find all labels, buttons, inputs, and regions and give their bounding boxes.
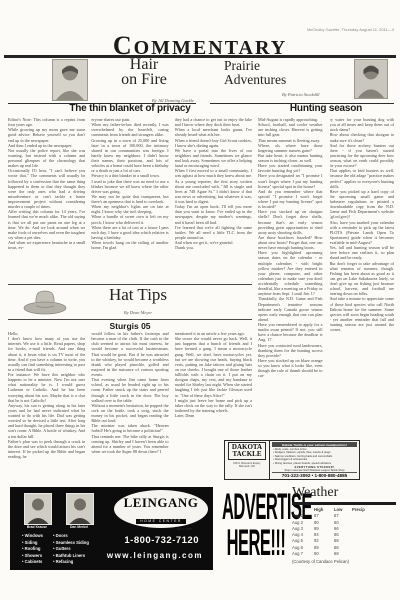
leingang-portrait-name: Brad Krause bbox=[19, 525, 55, 529]
address-line: Bismarck, ND bbox=[233, 465, 261, 468]
leingang-services: Windows Siding Roofing Showers Cabinets … bbox=[22, 533, 89, 566]
headline-hunting-season: Hunting season bbox=[258, 103, 394, 114]
weather-title: Weather bbox=[292, 486, 396, 500]
advertise-line: ADVERTISE bbox=[222, 489, 290, 525]
author-photo-jill bbox=[52, 59, 88, 101]
dakota-tackle-logo: DAKOTA TACKLE bbox=[228, 442, 266, 460]
masthead-rule bbox=[4, 55, 396, 58]
headline-sturgis-05: Sturgis 05 bbox=[8, 321, 252, 331]
dakota-tackle-copy: Dakota Tackle is your salmon headquarter… bbox=[270, 441, 359, 479]
article-privacy-col3: they had a chance to get out to enjoy th… bbox=[175, 117, 252, 283]
weather-high: 90 bbox=[314, 551, 334, 557]
weather-day: Aug 7 bbox=[292, 551, 314, 557]
portrait-icon bbox=[67, 494, 93, 524]
dakota-tackle-headline: Dakota Tackle is your salmon headquarter… bbox=[272, 442, 357, 447]
leingang-brand-sub: HOME CENTER bbox=[136, 519, 186, 524]
ad-advertise-here: ADVERTISE HERE!!! bbox=[222, 489, 290, 575]
article-sturgis-body: Hello, I don't know how many of you use … bbox=[8, 331, 252, 483]
column-title-hair-on-fire: Hair on Fire bbox=[92, 57, 196, 87]
title-line: Adventures bbox=[224, 73, 344, 87]
weather-table: High Low Precip Aug 1 87 67 Aug 2 90 60 … bbox=[292, 507, 396, 557]
leingang-brand: LEINGANG bbox=[114, 496, 208, 509]
dakota-tackle-address: 318 S. Bismarck Expwy. Bismarck, ND bbox=[233, 462, 261, 469]
advertise-here-text: ADVERTISE HERE!!! bbox=[222, 489, 290, 561]
service-item: Refacing bbox=[53, 559, 89, 566]
weather-precip bbox=[352, 551, 396, 557]
bullet-item: Diving devices, planer boards, speed ind… bbox=[273, 462, 357, 465]
leingang-portrait-1 bbox=[24, 493, 52, 525]
article-privacy-col2: eryone shares our pain. When my father-i… bbox=[91, 117, 168, 283]
leingang-website: www.leingang.com bbox=[107, 551, 203, 560]
weather-low: 68 bbox=[334, 551, 352, 557]
column-title-prairie-adventures: Prairie Adventures bbox=[224, 59, 344, 86]
dakota-tackle-phone: 701-222-3092 • 1-800-880-4885 bbox=[272, 472, 357, 478]
portrait-icon bbox=[355, 60, 387, 98]
byline-dean-meyer: By Dean Meyer bbox=[68, 310, 208, 315]
leingang-services-col1: Windows Siding Roofing Showers Cabinets bbox=[22, 533, 43, 566]
article-sturgis-col2: would follow in his father's footsteps a… bbox=[91, 331, 168, 483]
headline-thin-blanket-of-privacy: The thin blanket of privacy bbox=[8, 103, 252, 114]
portrait-icon bbox=[53, 60, 87, 100]
column-head-hat-tips: Hat Tips By Dean Meyer Sturgis 05 bbox=[8, 286, 252, 331]
brand-line: TACKLE bbox=[229, 451, 265, 458]
title-line: on Fire bbox=[92, 72, 196, 87]
column-head-prairie-adventures: Prairie Adventures By Patricia Stockdill bbox=[210, 59, 394, 102]
title-line: Hair bbox=[92, 57, 196, 72]
hat-tips-rule bbox=[8, 319, 252, 320]
ad-dakota-tackle: DAKOTA TACKLE 318 S. Bismarck Expwy. Bis… bbox=[224, 440, 360, 480]
article-hunting-col1: Mid-August is rapidly approaching. Schoo… bbox=[258, 117, 323, 438]
article-hunting-body: Mid-August is rapidly approaching. Schoo… bbox=[258, 117, 394, 438]
dakota-tackle-bullets: Rods, reels, combos & line Dodgers, flas… bbox=[273, 448, 357, 465]
weather-courtesy: (Courtesy of Candace Pelican) bbox=[292, 559, 372, 564]
article-privacy-col1: Editor's Note: This column is a reprint … bbox=[8, 117, 85, 283]
leingang-portrait-name: Dan Merkel bbox=[61, 525, 97, 529]
column-head-hair-on-fire: Hair on Fire By Jill Denning Gackle bbox=[8, 59, 196, 102]
portrait-icon bbox=[25, 494, 51, 524]
leingang-services-col2: Doors Seamless Siding Gutters Bathtub Li… bbox=[53, 533, 89, 566]
newspaper-page: { "page": { "dateline": "McClusky Gazett… bbox=[0, 0, 400, 600]
weather-rule bbox=[292, 502, 396, 506]
leingang-portrait-2 bbox=[66, 493, 94, 525]
column-title-hat-tips: Hat Tips bbox=[68, 285, 208, 305]
byline-patricia-stockdill: By Patricia Stockdill bbox=[282, 92, 320, 97]
dakota-tackle-logo-block: DAKOTA TACKLE 318 S. Bismarck Expwy. Bis… bbox=[225, 441, 270, 479]
cowboy-hat-icon bbox=[22, 289, 68, 317]
weather-box: Weather High Low Precip Aug 1 87 67 Aug … bbox=[292, 486, 396, 564]
article-privacy-body: Editor's Note: This column is a reprint … bbox=[8, 117, 252, 283]
leingang-phone: 1-800-732-7120 bbox=[124, 535, 199, 546]
article-sturgis-col1: Hello, I don't know how many of you use … bbox=[8, 331, 85, 483]
weather-row: Aug 7 90 68 bbox=[292, 551, 396, 557]
title-line: Prairie bbox=[224, 59, 344, 73]
service-item: Cabinets bbox=[22, 559, 43, 566]
service-item: Windows bbox=[22, 533, 43, 540]
article-hunting-col2: ry water for your hunting dog with you a… bbox=[330, 117, 395, 438]
leingang-since: Since 1977 bbox=[114, 527, 192, 531]
author-photo-patricia bbox=[354, 59, 388, 99]
advertise-line: HERE!!! bbox=[222, 525, 290, 561]
service-item: Roofing bbox=[22, 546, 43, 553]
leingang-logo: LEINGANG HOME CENTER Since 1977 bbox=[114, 490, 208, 528]
ad-leingang-home-center: Brad Krause Dan Merkel LEINGANG HOME CEN… bbox=[10, 487, 213, 570]
